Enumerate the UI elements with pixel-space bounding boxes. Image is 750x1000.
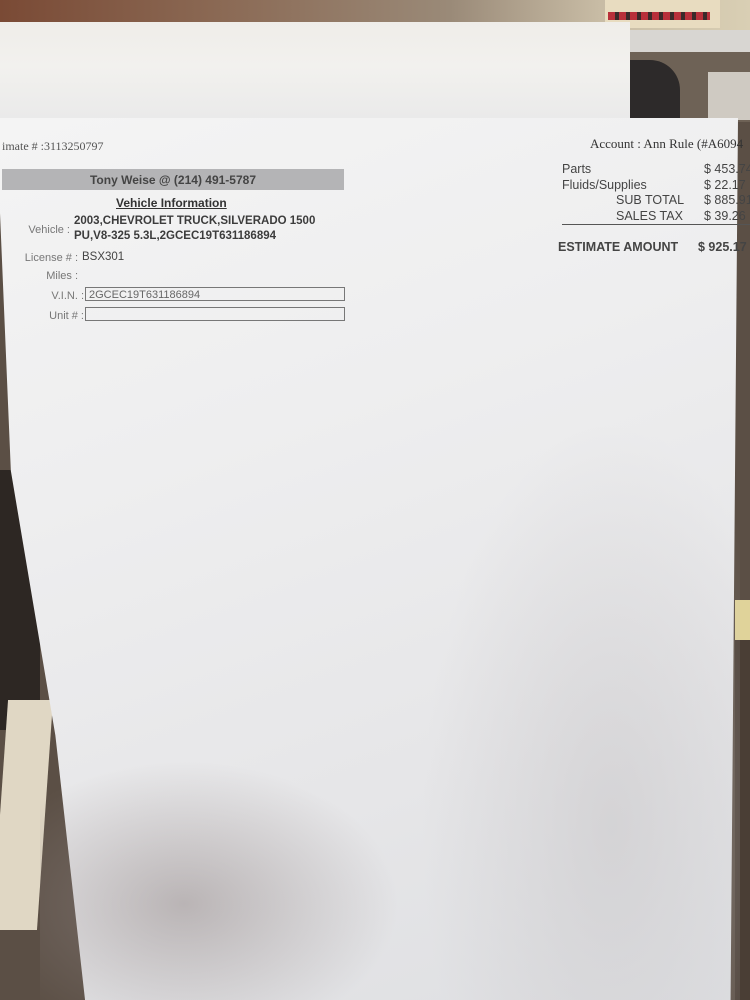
vehicle-label: Vehicle : [8,224,70,236]
estimate-number-value: 3113250797 [44,139,104,153]
estimate-amount-label: ESTIMATE AMOUNT [558,240,678,254]
estimate-amount-value: $ 925.17 [698,240,747,254]
subtotal-value: $ 885.91 [704,193,750,207]
estimate-number-label: imate # : [2,139,44,153]
parts-label: Parts [562,162,591,176]
license-value: BSX301 [82,251,124,263]
advisor-contact-bar: Tony Weise @ (214) 491-5787 [2,169,344,190]
vehicle-line-1: 2003,CHEVROLET TRUCK,SILVERADO 1500 [74,214,315,229]
advisor-contact: Tony Weise @ (214) 491-5787 [90,173,256,187]
miles-label: Miles : [0,270,78,282]
account-info: Account : Ann Rule (#A6094 [590,136,743,152]
fluids-label: Fluids/Supplies [562,178,647,192]
vehicle-description: 2003,CHEVROLET TRUCK,SILVERADO 1500 PU,V… [74,214,315,244]
license-label: License # : [0,252,78,264]
unit-field [85,307,345,321]
estimate-number: imate # :3113250797 [2,139,104,154]
parts-value: $ 453.74 [704,162,750,176]
fluids-value: $ 22.17 [704,178,746,192]
vehicle-line-2: PU,V8-325 5.3L,2GCEC19T631186894 [74,229,315,244]
unit-label: Unit # : [0,310,84,322]
sales-tax-value: $ 39.26 [704,209,746,223]
sales-tax-label: SALES TAX [616,209,683,223]
vin-label: V.I.N. : [0,290,84,302]
estimate-document: imate # :3113250797 Account : Ann Rule (… [0,0,750,1000]
vin-field: 2GCEC19T631186894 [85,287,345,301]
totals-row-sales-tax: SALES TAX $ 39.26 [562,209,750,225]
subtotal-label: SUB TOTAL [616,193,684,207]
vehicle-info-title: Vehicle Information [116,196,227,210]
